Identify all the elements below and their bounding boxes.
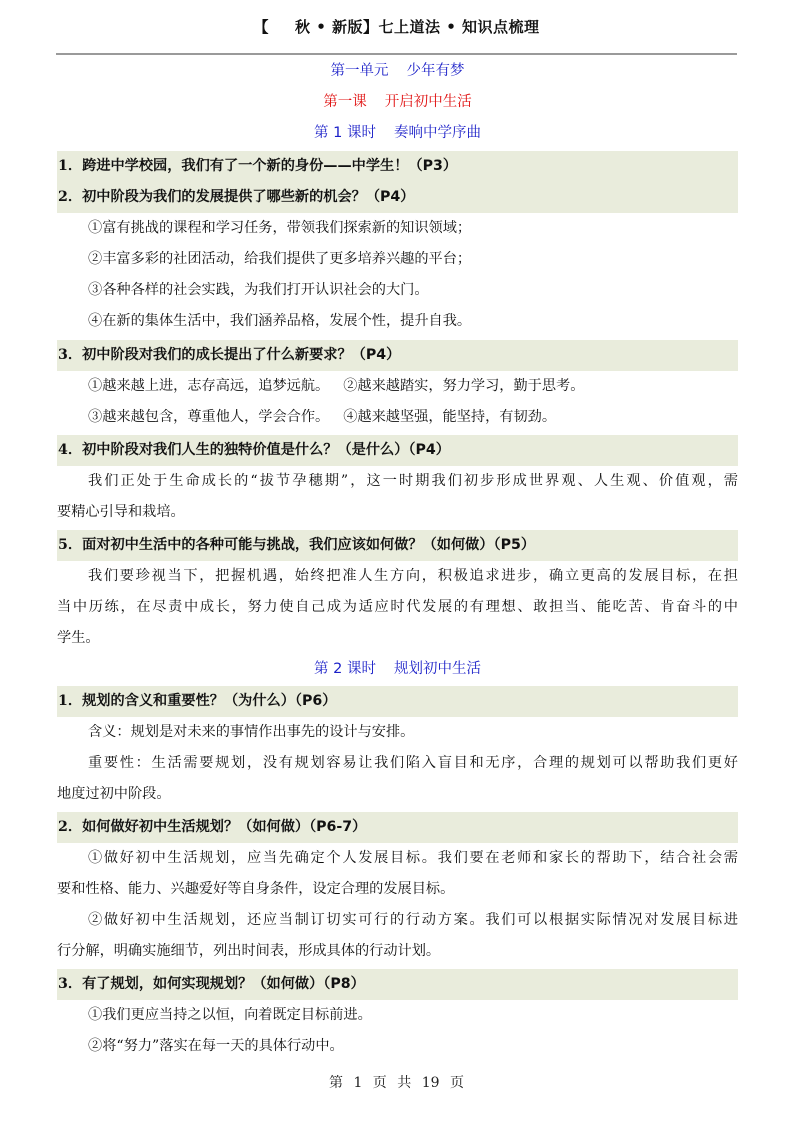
- paragraph-line: 要和性格、能力、兴趣爱好等自身条件，设定合理的发展目标。: [57, 874, 738, 905]
- paragraph-line: ①做好初中生活规划，应当先确定个人发展目标。我们要在老师和家长的帮助下，结合社会…: [57, 843, 738, 874]
- question-number: 2．: [58, 189, 82, 205]
- unit-number: 第一单元: [331, 63, 389, 79]
- question-text: 初中阶段为我们的发展提供了哪些新的机会？（P4）: [82, 189, 414, 205]
- document-body: 第一单元少年有梦 第一课开启初中生活 第 1 课时奏响中学序曲 1．跨进中学校园…: [57, 56, 738, 1062]
- question-number: 1．: [58, 158, 82, 174]
- paragraph-line: 我们正处于生命成长的“拔节孕穗期”，这一时期我们初步形成世界观、人生观、价值观，…: [57, 466, 738, 497]
- list-row: ③越来越包含，尊重他人，学会合作。④越来越坚强，能坚持，有韧劲。: [57, 402, 738, 433]
- header-rule: [56, 53, 737, 55]
- lesson-number: 第一课: [323, 94, 367, 110]
- list-item: ④越来越坚强，能坚持，有韧劲。: [343, 402, 556, 433]
- list-item: ①我们更应当持之以恒，向着既定目标前进。: [57, 1000, 738, 1031]
- list-row: ①越来越上进，志存高远，追梦远航。②越来越踏实，努力学习，勤于思考。: [57, 371, 738, 402]
- list-item: ①富有挑战的课程和学习任务，带领我们探索新的知识领域；: [57, 213, 738, 244]
- question-number: 4．: [58, 442, 82, 458]
- question-heading: 1．规划的含义和重要性？（为什么）（P6）: [57, 686, 738, 717]
- question-text: 初中阶段对我们的成长提出了什么新要求？（P4）: [82, 347, 400, 363]
- question-text: 如何做好初中生活规划？（如何做）（P6-7）: [82, 819, 366, 835]
- question-number: 3．: [58, 976, 82, 992]
- question-number: 1．: [58, 693, 82, 709]
- list-item: ③越来越包含，尊重他人，学会合作。: [88, 409, 329, 425]
- question-text: 跨进中学校园，我们有了一个新的身份——中学生！（P3）: [82, 158, 457, 174]
- question-text: 面对初中生活中的各种可能与挑战，我们应该如何做？（如何做）（P5）: [82, 537, 535, 553]
- question-number: 3．: [58, 347, 82, 363]
- question-text: 初中阶段对我们人生的独特价值是什么？（是什么）（P4）: [82, 442, 450, 458]
- paragraph-line: 当中历练，在尽责中成长，努力使自己成为适应时代发展的有理想、敢担当、能吃苦、肯奋…: [57, 592, 738, 623]
- page-header: 【秋 • 新版】七上道法 • 知识点梳理: [0, 16, 793, 37]
- paragraph-line: 行分解，明确实施细节，列出时间表，形成具体的行动计划。: [57, 936, 738, 967]
- question-heading: 3．有了规划，如何实现规划？（如何做）（P8）: [57, 969, 738, 1000]
- question-number: 5．: [58, 537, 82, 553]
- list-item: ①越来越上进，志存高远，追梦远航。: [88, 378, 329, 394]
- unit-name: 少年有梦: [407, 63, 465, 79]
- list-item: ④在新的集体生活中，我们涵养品格，发展个性，提升自我。: [57, 306, 738, 337]
- lesson-name: 开启初中生活: [385, 94, 472, 110]
- period-1-title: 第 1 课时奏响中学序曲: [57, 118, 738, 149]
- unit-title: 第一单元少年有梦: [57, 56, 738, 87]
- period-number: 第 1 课时: [314, 125, 376, 141]
- list-item: ③各种各样的社会实践，为我们打开认识社会的大门。: [57, 275, 738, 306]
- period-number: 第 2 课时: [314, 661, 376, 677]
- period-name: 规划初中生活: [394, 661, 481, 677]
- paragraph-line: 学生。: [57, 623, 738, 654]
- paragraph-line: 含义：规划是对未来的事情作出事先的设计与安排。: [57, 717, 738, 748]
- period-name: 奏响中学序曲: [394, 125, 481, 141]
- lesson-title: 第一课开启初中生活: [57, 87, 738, 118]
- paragraph-line: 重要性：生活需要规划，没有规划容易让我们陷入盲目和无序，合理的规划可以帮助我们更…: [57, 748, 738, 779]
- header-bracket: 【: [253, 18, 269, 36]
- question-heading: 1．跨进中学校园，我们有了一个新的身份——中学生！（P3）: [57, 151, 738, 182]
- list-item: ②越来越踏实，努力学习，勤于思考。: [343, 371, 584, 402]
- question-text: 有了规划，如何实现规划？（如何做）（P8）: [82, 976, 365, 992]
- page-footer: 第 1 页 共 19 页: [0, 1072, 793, 1092]
- question-heading: 5．面对初中生活中的各种可能与挑战，我们应该如何做？（如何做）（P5）: [57, 530, 738, 561]
- paragraph-line: ②做好初中生活规划，还应当制订切实可行的行动方案。我们可以根据实际情况对发展目标…: [57, 905, 738, 936]
- list-item: ②将“努力”落实在每一天的具体行动中。: [57, 1031, 738, 1062]
- question-heading: 4．初中阶段对我们人生的独特价值是什么？（是什么）（P4）: [57, 435, 738, 466]
- question-number: 2．: [58, 819, 82, 835]
- header-title: 秋 • 新版】七上道法 • 知识点梳理: [295, 18, 540, 36]
- period-2-title: 第 2 课时规划初中生活: [57, 654, 738, 685]
- paragraph-line: 我们要珍视当下，把握机遇，始终把准人生方向，积极追求进步，确立更高的发展目标，在…: [57, 561, 738, 592]
- question-heading: 2．初中阶段为我们的发展提供了哪些新的机会？（P4）: [57, 182, 738, 213]
- question-heading: 3．初中阶段对我们的成长提出了什么新要求？（P4）: [57, 340, 738, 371]
- list-item: ②丰富多彩的社团活动，给我们提供了更多培养兴趣的平台；: [57, 244, 738, 275]
- paragraph-line: 要精心引导和栽培。: [57, 497, 738, 528]
- question-text: 规划的含义和重要性？（为什么）（P6）: [82, 693, 336, 709]
- paragraph-line: 地度过初中阶段。: [57, 779, 738, 810]
- question-heading: 2．如何做好初中生活规划？（如何做）（P6-7）: [57, 812, 738, 843]
